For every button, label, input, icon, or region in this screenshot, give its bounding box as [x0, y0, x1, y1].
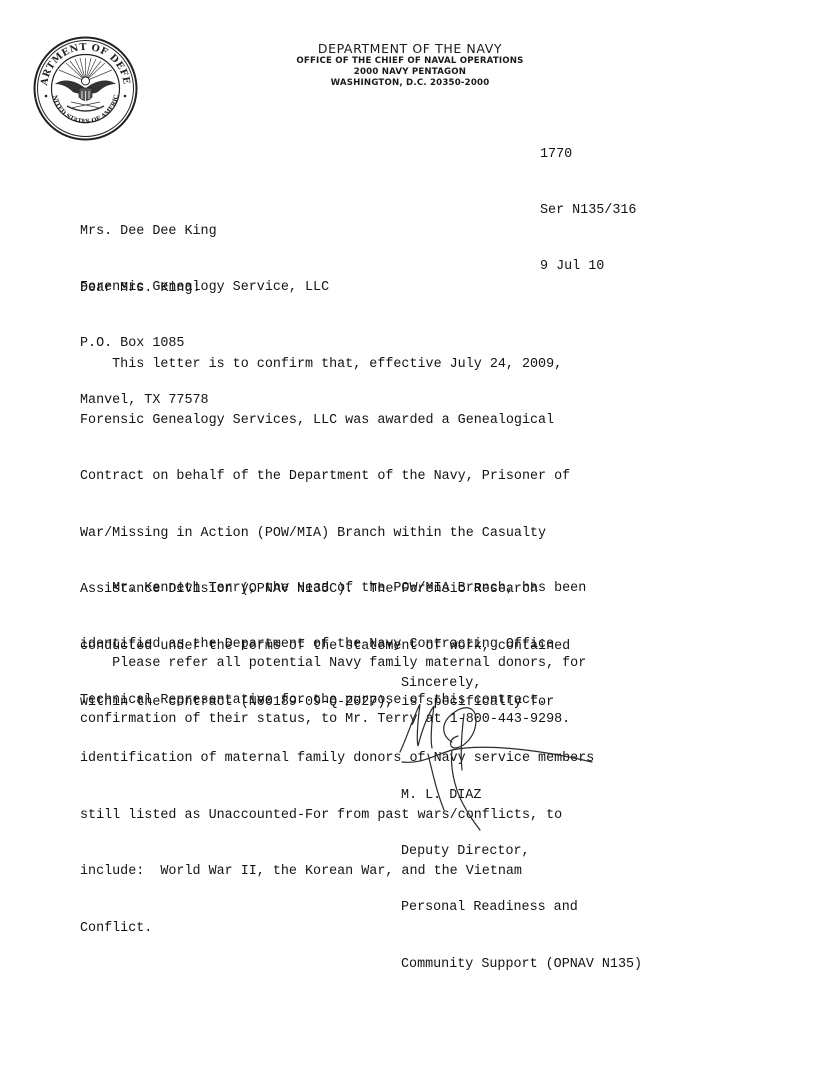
letter-date: 9 Jul 10: [540, 258, 636, 277]
paragraph-line: Mr. Kenneth Terry, the Head of the POW/M…: [80, 580, 586, 599]
paragraph-line: Forensic Genealogy Services, LLC was awa…: [80, 412, 594, 431]
signer-title-line1: Deputy Director,: [401, 843, 642, 862]
signer-name: M. L. DIAZ: [401, 787, 642, 806]
letterhead-title: DEPARTMENT OF THE NAVY: [240, 42, 580, 56]
paragraph-line: confirmation of their status, to Mr. Ter…: [80, 711, 586, 730]
salutation: Dear Mrs. King:: [80, 280, 201, 299]
letterhead-address-line2: WASHINGTON, D.C. 20350-2000: [240, 78, 580, 89]
department-of-defense-seal-icon: DEPARTMENT OF DEFENSE UNITED STATES OF A…: [33, 36, 138, 141]
paragraph-line: This letter is to confirm that, effectiv…: [80, 356, 594, 375]
paragraph-line: Please refer all potential Navy family m…: [80, 655, 586, 674]
letterhead-office: OFFICE OF THE CHIEF OF NAVAL OPERATIONS: [240, 56, 580, 67]
ssic-code: 1770: [540, 146, 636, 165]
signature-block: M. L. DIAZ Deputy Director, Personal Rea…: [401, 749, 642, 1012]
paragraph-line: Contract on behalf of the Department of …: [80, 468, 594, 487]
body-paragraph-3: Please refer all potential Navy family m…: [80, 617, 586, 767]
recipient-name: Mrs. Dee Dee King: [80, 223, 329, 242]
letterhead: DEPARTMENT OF THE NAVY OFFICE OF THE CHI…: [240, 42, 580, 89]
serial-number: Ser N135/316: [540, 202, 636, 221]
letterhead-address-line1: 2000 NAVY PENTAGON: [240, 67, 580, 78]
letter-page: DEPARTMENT OF DEFENSE UNITED STATES OF A…: [0, 0, 826, 1076]
signer-title-line2: Personal Readiness and: [401, 899, 642, 918]
paragraph-line: War/Missing in Action (POW/MIA) Branch w…: [80, 525, 594, 544]
reference-block: 1770 Ser N135/316 9 Jul 10: [540, 108, 636, 315]
closing: Sincerely,: [401, 675, 481, 694]
signer-title-line3: Community Support (OPNAV N135): [401, 956, 642, 975]
